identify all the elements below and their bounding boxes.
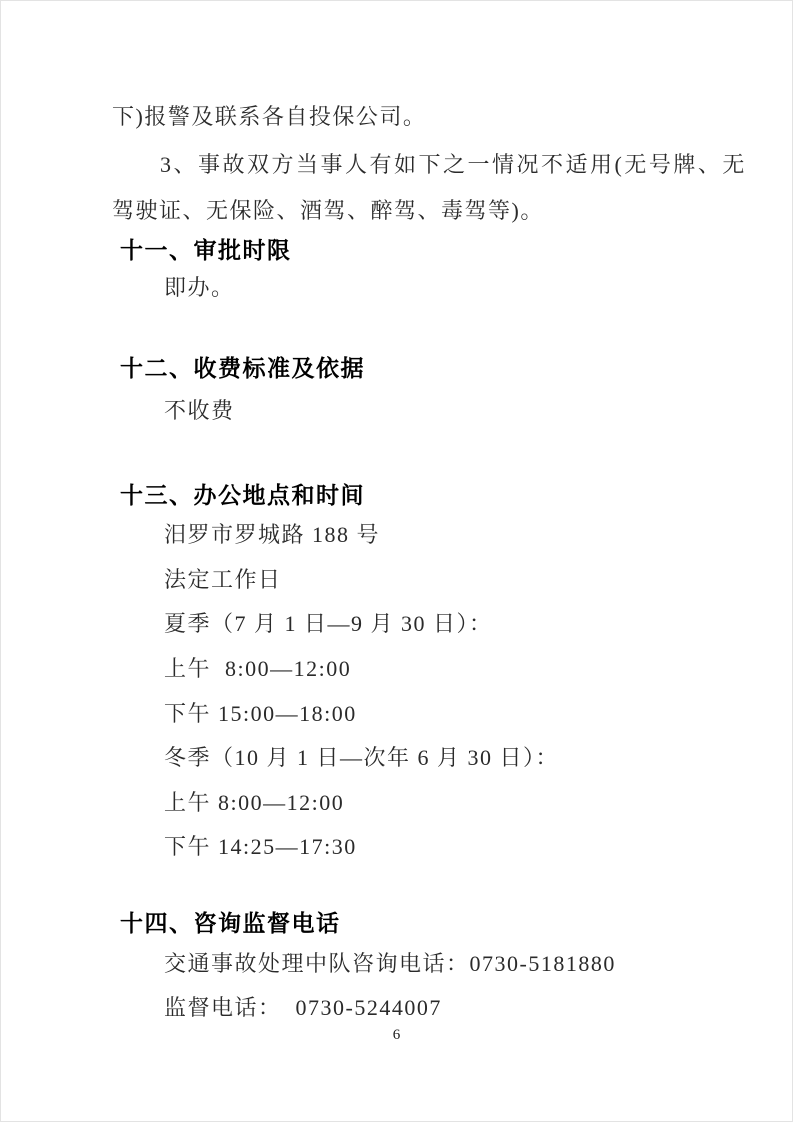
summer-morning-hours: 上午 8:00—12:00 (164, 655, 351, 683)
section-12-line: 不收费 (164, 397, 235, 425)
paragraph-continuation-line: 下)报警及联系各自投保公司。 (112, 103, 426, 131)
winter-morning-hours: 上午 8:00—12:00 (164, 789, 344, 817)
section-13-heading: 十三、办公地点和时间 (120, 481, 365, 509)
workday-line: 法定工作日 (164, 566, 282, 594)
inquiry-phone-line: 交通事故处理中队咨询电话：0730-5181880 (164, 950, 616, 978)
section-11-line: 即办。 (164, 274, 235, 302)
winter-afternoon-hours: 下午 14:25—17:30 (164, 833, 357, 861)
item3-line1: 3、事故双方当事人有如下之一情况不适用(无号牌、无 (160, 151, 747, 179)
section-11-heading: 十一、审批时限 (120, 236, 292, 264)
page-number: 6 (1, 1027, 792, 1044)
office-address-line: 汨罗市罗城路 188 号 (164, 521, 380, 549)
supervision-phone-line: 监督电话： 0730-5244007 (164, 994, 442, 1022)
section-12-heading: 十二、收费标准及依据 (120, 354, 365, 382)
summer-schedule-label: 夏季（7 月 1 日—9 月 30 日）： (164, 610, 493, 638)
section-14-heading: 十四、咨询监督电话 (120, 909, 341, 937)
document-page: 下)报警及联系各自投保公司。 3、事故双方当事人有如下之一情况不适用(无号牌、无… (0, 0, 793, 1122)
winter-schedule-label: 冬季（10 月 1 日—次年 6 月 30 日）： (164, 744, 559, 772)
summer-afternoon-hours: 下午 15:00—18:00 (164, 700, 357, 728)
item3-line2: 驾驶证、无保险、酒驾、醉驾、毒驾等)。 (112, 197, 544, 225)
